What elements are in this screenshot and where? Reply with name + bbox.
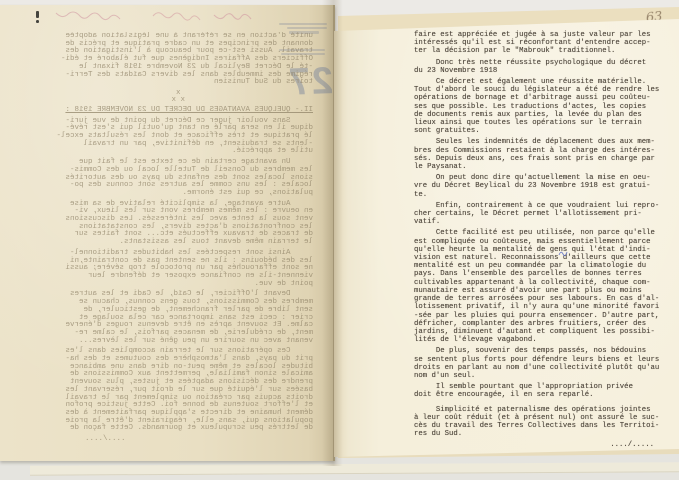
ink-correction-mark bbox=[558, 249, 568, 257]
right-page-recto: faire est appréciée et jugée à sa juste … bbox=[334, 0, 679, 462]
paragraph: Enfin, contrairement à ce que voudraient… bbox=[414, 202, 666, 227]
paragraph: Cette facilité est peu utilisée, non par… bbox=[414, 229, 666, 344]
underlying-sheet-edge bbox=[30, 462, 679, 475]
paragraph: Sans vouloir juger ce Décret du point de… bbox=[47, 118, 313, 157]
paragraph: Simplicité et paternalisme des opération… bbox=[414, 406, 666, 439]
section-separator: x x x bbox=[47, 90, 185, 104]
paragraph: Seules les indemnités de déplacement due… bbox=[414, 138, 666, 171]
section-heading: II.- QUELQUES AVANTAGES DU DECRET DU 23 … bbox=[47, 107, 313, 115]
left-page-verso: 27 unité d'action en se référant à une l… bbox=[0, 5, 335, 461]
paragraph: Donc très nette réussite psychologique d… bbox=[414, 59, 666, 75]
paragraph: Ce décret est également une réussite mat… bbox=[414, 78, 666, 135]
paragraph: Autre avantage, la simplicité relative d… bbox=[47, 201, 313, 247]
paragraph: Un avantage certain de ce texte est le f… bbox=[47, 159, 313, 198]
typed-text-block: faire est appréciée et jugée à sa juste … bbox=[414, 31, 666, 453]
paragraph: Ainsi sont respectées les habitudes trad… bbox=[47, 250, 313, 289]
ink-blot-mark bbox=[36, 11, 39, 18]
bleedthrough-layer: 27 unité d'action en se référant à une l… bbox=[0, 5, 335, 461]
paragraph: unité d'action en se référant à une légi… bbox=[47, 33, 313, 87]
paragraph: Ces opérations sur le terrain accomplies… bbox=[47, 348, 313, 433]
scanned-document-spread: 27 unité d'action en se référant à une l… bbox=[0, 0, 679, 480]
bleedthrough-text-block: unité d'action en se référant à une légi… bbox=[47, 33, 313, 447]
paragraph: On peut donc dire qu'actuellement la mis… bbox=[414, 174, 666, 199]
paragraph: De plus, souvenir des temps passés, nos … bbox=[414, 347, 666, 380]
continuation-mark: ..../..... bbox=[414, 441, 666, 449]
continuation-mark: ..../.... bbox=[47, 436, 313, 444]
handwritten-annotation-scribble bbox=[25, 7, 255, 29]
paragraph: faire est appréciée et jugée à sa juste … bbox=[414, 31, 666, 56]
paragraph: Devant l'Officier, le Caïd, le Cadi et l… bbox=[47, 291, 313, 345]
paragraph: Il semble pourtant que l'appropriation p… bbox=[414, 383, 666, 399]
